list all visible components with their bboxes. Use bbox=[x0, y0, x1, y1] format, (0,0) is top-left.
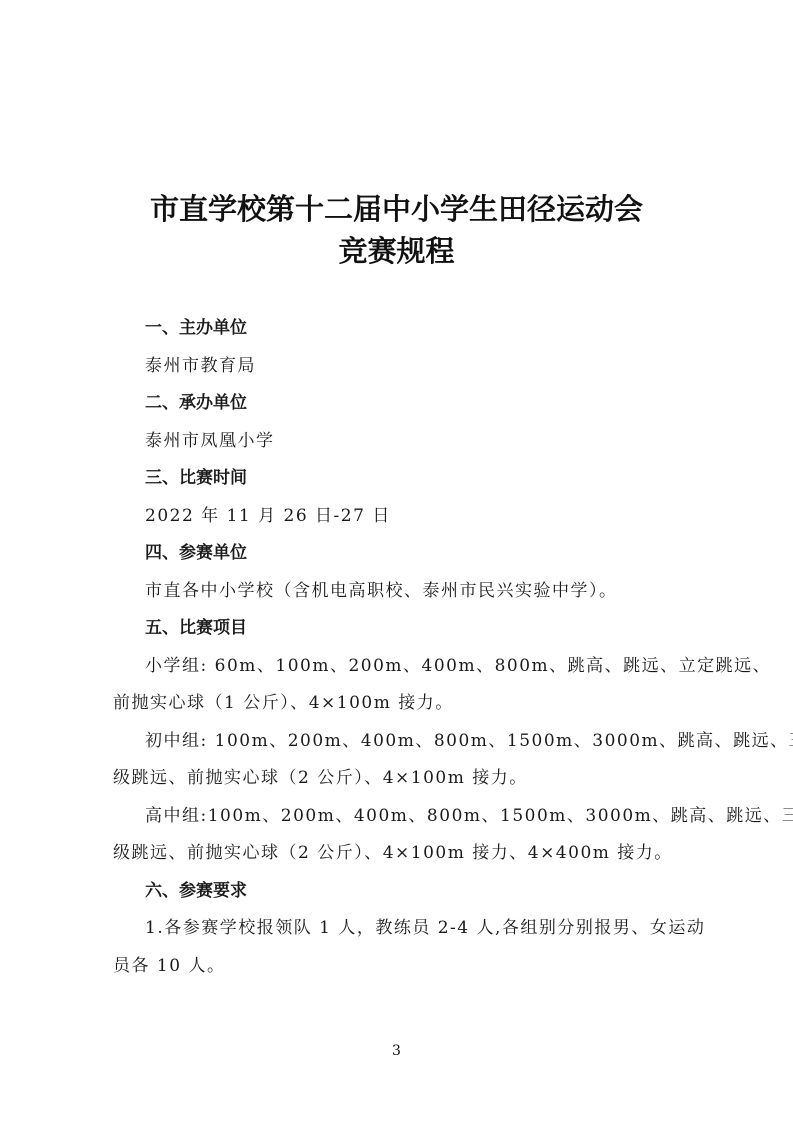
section-heading-time: 三、比赛时间 bbox=[145, 463, 247, 488]
section-heading-events: 五、比赛项目 bbox=[145, 613, 247, 638]
document-title-line1: 市直学校第十二届中小学生田径运动会 bbox=[0, 187, 793, 228]
requirements-line1: 1.各参赛学校报领队 1 人，教练员 2-4 人,各组别分别报男、女运动 bbox=[145, 913, 705, 938]
document-title-line2: 竞赛规程 bbox=[0, 229, 793, 270]
events-senior-line2: 级跳远、前抛实心球（2 公斤）、4×100m 接力、4×400m 接力。 bbox=[113, 838, 673, 863]
page-number: 3 bbox=[0, 1043, 793, 1059]
section-body-organizer: 泰州市教育局 bbox=[145, 351, 256, 376]
section-heading-host: 二、承办单位 bbox=[145, 388, 247, 413]
section-body-host: 泰州市凤凰小学 bbox=[145, 426, 275, 451]
events-junior-line1: 初中组: 100m、200m、400m、800m、1500m、3000m、跳高、… bbox=[145, 726, 793, 751]
events-junior-line2: 级跳远、前抛实心球（2 公斤）、4×100m 接力。 bbox=[113, 763, 528, 788]
events-primary-line2: 前抛实心球（1 公斤）、4×100m 接力。 bbox=[113, 688, 454, 713]
section-heading-participants: 四、参赛单位 bbox=[145, 538, 247, 563]
requirements-line2: 员各 10 人。 bbox=[113, 951, 225, 976]
events-senior-line1: 高中组:100m、200m、400m、800m、1500m、3000m、跳高、跳… bbox=[145, 801, 793, 826]
section-body-participants: 市直各中小学校（含机电高职校、泰州市民兴实验中学）。 bbox=[145, 576, 618, 601]
section-heading-organizer: 一、主办单位 bbox=[145, 313, 247, 338]
section-heading-requirements: 六、参赛要求 bbox=[145, 876, 247, 901]
section-body-time: 2022 年 11 月 26 日-27 日 bbox=[145, 501, 391, 526]
events-primary-line1: 小学组: 60m、100m、200m、400m、800m、跳高、跳远、立定跳远、 bbox=[145, 651, 771, 676]
